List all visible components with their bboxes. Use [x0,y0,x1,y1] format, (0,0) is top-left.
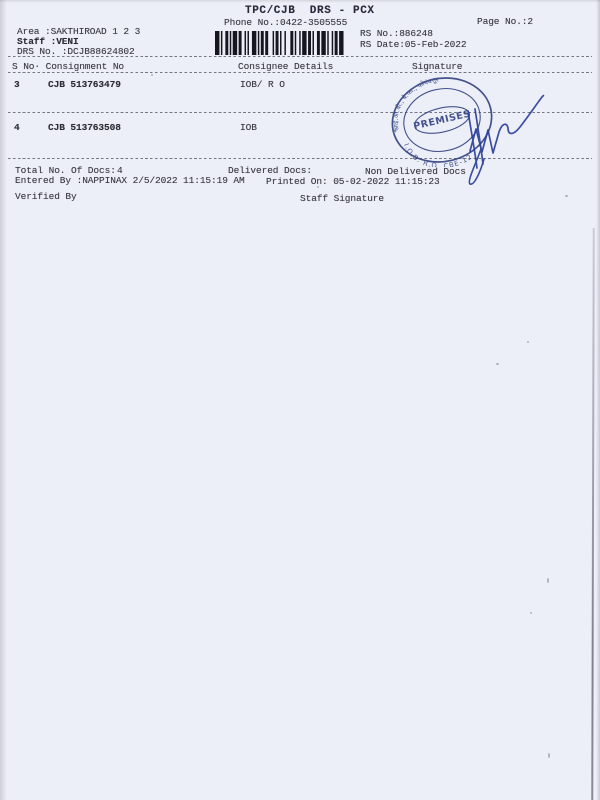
page-number: Page No.:2 [477,16,533,27]
row-consignment-no: CJB 513763479 [48,79,121,90]
dashed-divider [8,72,592,74]
handwritten-signature [430,78,570,198]
column-header-consignee: Consignee Details [238,61,333,72]
row-consignee: IOB/ R O [240,79,285,90]
scanned-drs-document: TPC/CJB DRS - PCX Phone No.:0422-3505555… [0,0,600,800]
document-title: TPC/CJB DRS - PCX [245,5,375,17]
column-header-sno-consignment: S No· Consignment No [12,61,124,72]
row-sno: 3 [14,79,20,90]
phone-number: Phone No.:0422-3505555 [224,17,347,28]
row-consignee: IOB [240,122,257,133]
scan-speck [496,363,499,365]
scan-speck [151,74,153,76]
rs-number-field: RS No.:886248 [360,28,433,39]
entered-by-line: Entered By :NAPPINAX 2/5/2022 11:15:19 A… [15,175,245,186]
barcode-image [215,31,345,55]
scan-speck [547,578,549,583]
scan-speck [530,612,532,614]
dashed-divider [8,56,592,58]
row-consignment-no: CJB 513763508 [48,122,121,133]
row-sno: 4 [14,122,20,133]
scan-line-artifact [591,228,594,800]
scan-edge-top [0,0,600,3]
verified-by-label: Verified By [15,191,77,202]
staff-signature-label: Staff Signature [300,193,384,204]
scan-speck [548,753,550,758]
scan-edge-right [596,0,600,800]
rs-date-field: RS Date:05-Feb-2022 [360,39,466,50]
scan-edge-left [0,0,7,800]
printed-on-line: Printed On: 05-02-2022 11:15:23 [266,176,440,187]
scan-speck [527,341,529,343]
column-header-signature: Signature [412,61,462,72]
